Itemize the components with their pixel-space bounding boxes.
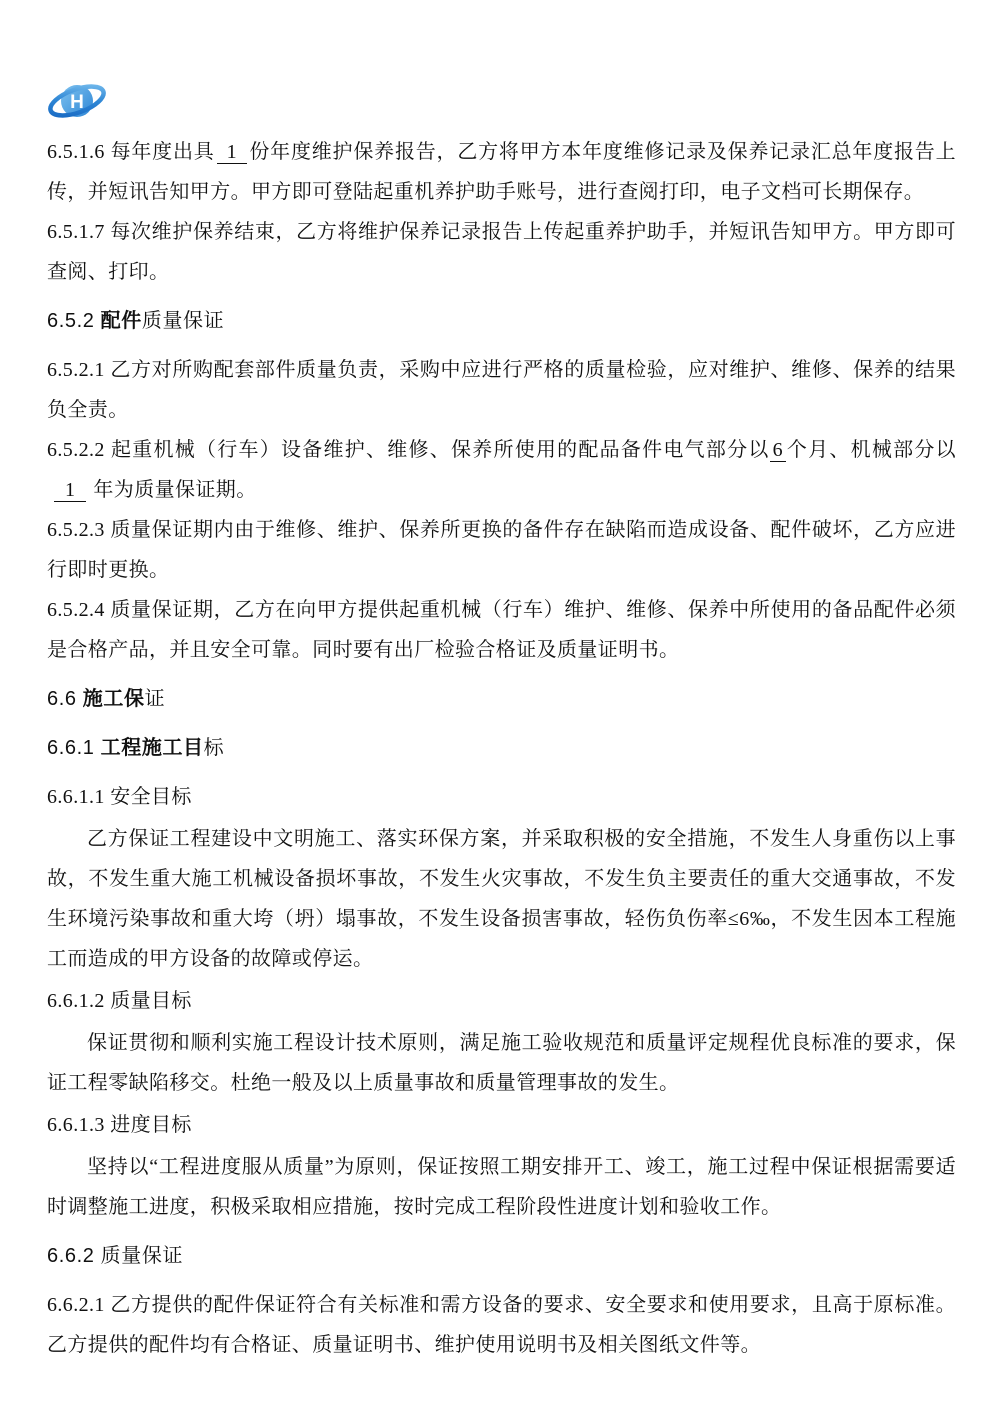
clause-text: 6.5.1.7 每次维护保养结束，乙方将维护保养记录报告上传起重养护助手，并短讯…	[47, 221, 956, 283]
clause-6-5-2-1: 6.5.2.1 乙方对所购配套部件质量负责，采购中应进行严格的质量检验，应对维护…	[47, 350, 956, 430]
heading-6-6: 6.6 施工保证	[47, 679, 956, 719]
heading-text: 标	[204, 737, 225, 759]
subheading-6-6-1-1: 6.6.1.1 安全目标	[47, 777, 956, 817]
paragraph-quality-goal: 保证贯彻和顺利实施工程设计技术原则，满足施工验收规范和质量评定规程优良标准的要求…	[47, 1023, 956, 1103]
heading-text-bold: 配件	[101, 310, 142, 332]
clause-6-5-2-2: 6.5.2.2 起重机械（行车）设备维护、维修、保养所使用的配品备件电气部分以6…	[47, 430, 956, 510]
clause-text: 6.5.2.2 起重机械（行车）设备维护、维修、保养所使用的配品备件电气部分以	[47, 439, 770, 461]
heading-number: 6.6.1	[47, 737, 101, 759]
clause-text: 6.5.2.3 质量保证期内由于维修、维护、保养所更换的备件存在缺陷而造成设备、…	[47, 519, 956, 581]
subheading-6-6-1-3: 6.6.1.3 进度目标	[47, 1105, 956, 1145]
underlined-value: 6	[770, 439, 786, 462]
heading-text-bold: 施工保	[83, 688, 145, 710]
clause-6-5-1-7: 6.5.1.7 每次维护保养结束，乙方将维护保养记录报告上传起重养护助手，并短讯…	[47, 212, 956, 292]
clause-6-6-2-1: 6.6.2.1 乙方提供的配件保证符合有关标准和需方设备的要求、安全要求和使用要…	[47, 1285, 956, 1365]
heading-text: 6.6.2 质量保证	[47, 1245, 183, 1267]
document-page: H 6.5.1.6 每年度出具1份年度维护保养报告，乙方将甲方本年度维修记录及保…	[0, 0, 1000, 1414]
underlined-value: 1	[217, 141, 247, 164]
clause-text: 6.5.1.6 每年度出具	[47, 141, 215, 163]
heading-number: 6.5.2	[47, 310, 101, 332]
clause-text: 6.5.2.1 乙方对所购配套部件质量负责，采购中应进行严格的质量检验，应对维护…	[47, 359, 956, 421]
company-logo-icon: H	[47, 78, 107, 126]
heading-text: 质量保证	[142, 310, 224, 332]
clause-text: 6.5.2.4 质量保证期，乙方在向甲方提供起重机械（行车）维护、维修、保养中所…	[47, 599, 956, 661]
heading-6-6-2: 6.6.2 质量保证	[47, 1236, 956, 1276]
heading-6-6-1: 6.6.1 工程施工目标	[47, 728, 956, 768]
clause-6-5-1-6: 6.5.1.6 每年度出具1份年度维护保养报告，乙方将甲方本年度维修记录及保养记…	[47, 132, 956, 212]
heading-text-bold: 工程施工目	[101, 737, 204, 759]
underlined-value: 1	[54, 479, 86, 502]
logo-container: H	[47, 78, 956, 128]
clause-text: 年为质量保证期。	[93, 479, 256, 501]
clause-6-5-2-4: 6.5.2.4 质量保证期，乙方在向甲方提供起重机械（行车）维护、维修、保养中所…	[47, 590, 956, 670]
heading-6-5-2: 6.5.2 配件质量保证	[47, 301, 956, 341]
paragraph-progress-goal: 坚持以“工程进度服从质量”为原则，保证按照工期安排开工、竣工，施工过程中保证根据…	[47, 1147, 956, 1227]
clause-text: 个月、机械部分以	[786, 439, 956, 461]
subheading-6-6-1-2: 6.6.1.2 质量目标	[47, 981, 956, 1021]
clause-text: 6.6.2.1 乙方提供的配件保证符合有关标准和需方设备的要求、安全要求和使用要…	[47, 1294, 956, 1356]
heading-number: 6.6	[47, 688, 83, 710]
heading-text: 证	[145, 688, 166, 710]
clause-6-5-2-3: 6.5.2.3 质量保证期内由于维修、维护、保养所更换的备件存在缺陷而造成设备、…	[47, 510, 956, 590]
paragraph-safety-goal: 乙方保证工程建设中文明施工、落实环保方案，并采取积极的安全措施，不发生人身重伤以…	[47, 819, 956, 979]
